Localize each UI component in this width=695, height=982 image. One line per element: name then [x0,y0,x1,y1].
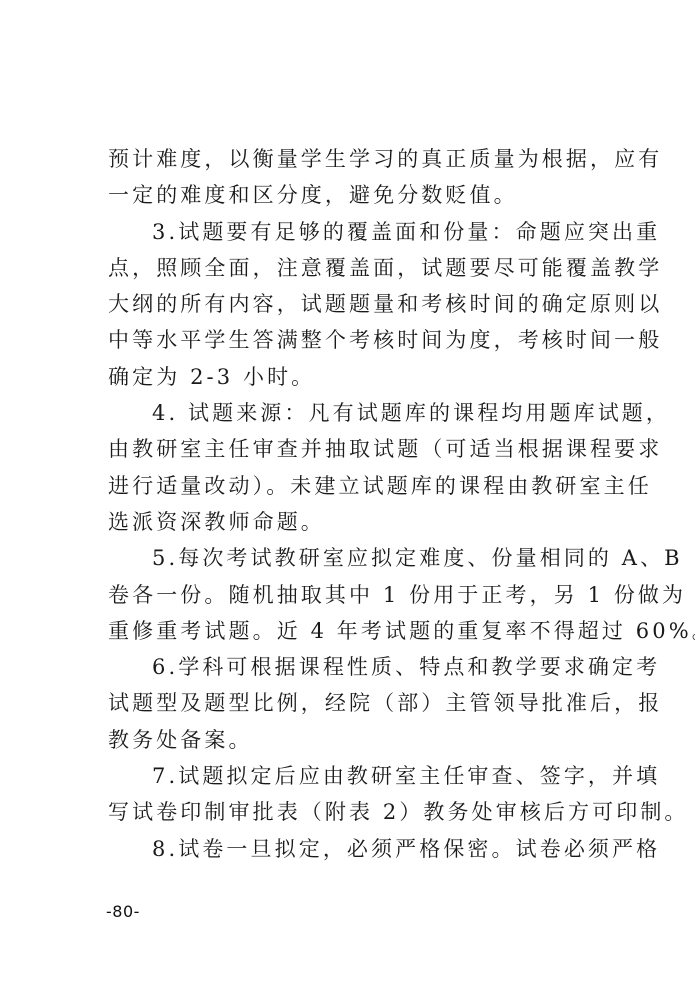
paragraph-start-line: 7.试题拟定后应由教研室主任审查、签字，并填 [108,758,595,794]
text-line: 点，照顾全面，注意覆盖面，试题要尽可能覆盖教学 [108,250,595,286]
text-line: 由教研室主任审查并抽取试题（可适当根据课程要求 [108,431,595,467]
text-line: 大纲的所有内容，试题题量和考核时间的确定原则以 [108,286,595,322]
text-line: 选派资深教师命题。 [108,504,595,540]
page-number: -80- [106,902,140,921]
text-line: 试题型及题型比例，经院（部）主管领导批准后，报 [108,685,595,721]
text-line: 确定为 2-3 小时。 [108,359,595,395]
text-line: 重修重考试题。近 4 年考试题的重复率不得超过 60%。 [108,613,595,649]
paragraph-start-line: 5.每次考试教研室应拟定难度、份量相同的 A、B [108,540,595,576]
document-body: 预计难度，以衡量学生学习的真正质量为根据，应有 一定的难度和区分度，避免分数贬值… [108,141,595,867]
paragraph-start-line: 8.试卷一旦拟定，必须严格保密。试卷必须严格 [108,831,595,867]
paragraph-start-line: 4. 试题来源：凡有试题库的课程均用题库试题， [108,395,595,431]
paragraph-start-line: 6.学科可根据课程性质、特点和教学要求确定考 [108,649,595,685]
paragraph-start-line: 3.试题要有足够的覆盖面和份量：命题应突出重 [108,214,595,250]
text-line: 中等水平学生答满整个考核时间为度，考核时间一般 [108,322,595,358]
text-line: 进行适量改动）。未建立试题库的课程由教研室主任 [108,468,595,504]
text-line: 预计难度，以衡量学生学习的真正质量为根据，应有 [108,141,595,177]
text-line: 教务处备案。 [108,722,595,758]
text-line: 写试卷印制审批表（附表 2）教务处审核后方可印制。 [108,794,595,830]
text-line: 一定的难度和区分度，避免分数贬值。 [108,177,595,213]
text-line: 卷各一份。随机抽取其中 1 份用于正考，另 1 份做为 [108,577,595,613]
